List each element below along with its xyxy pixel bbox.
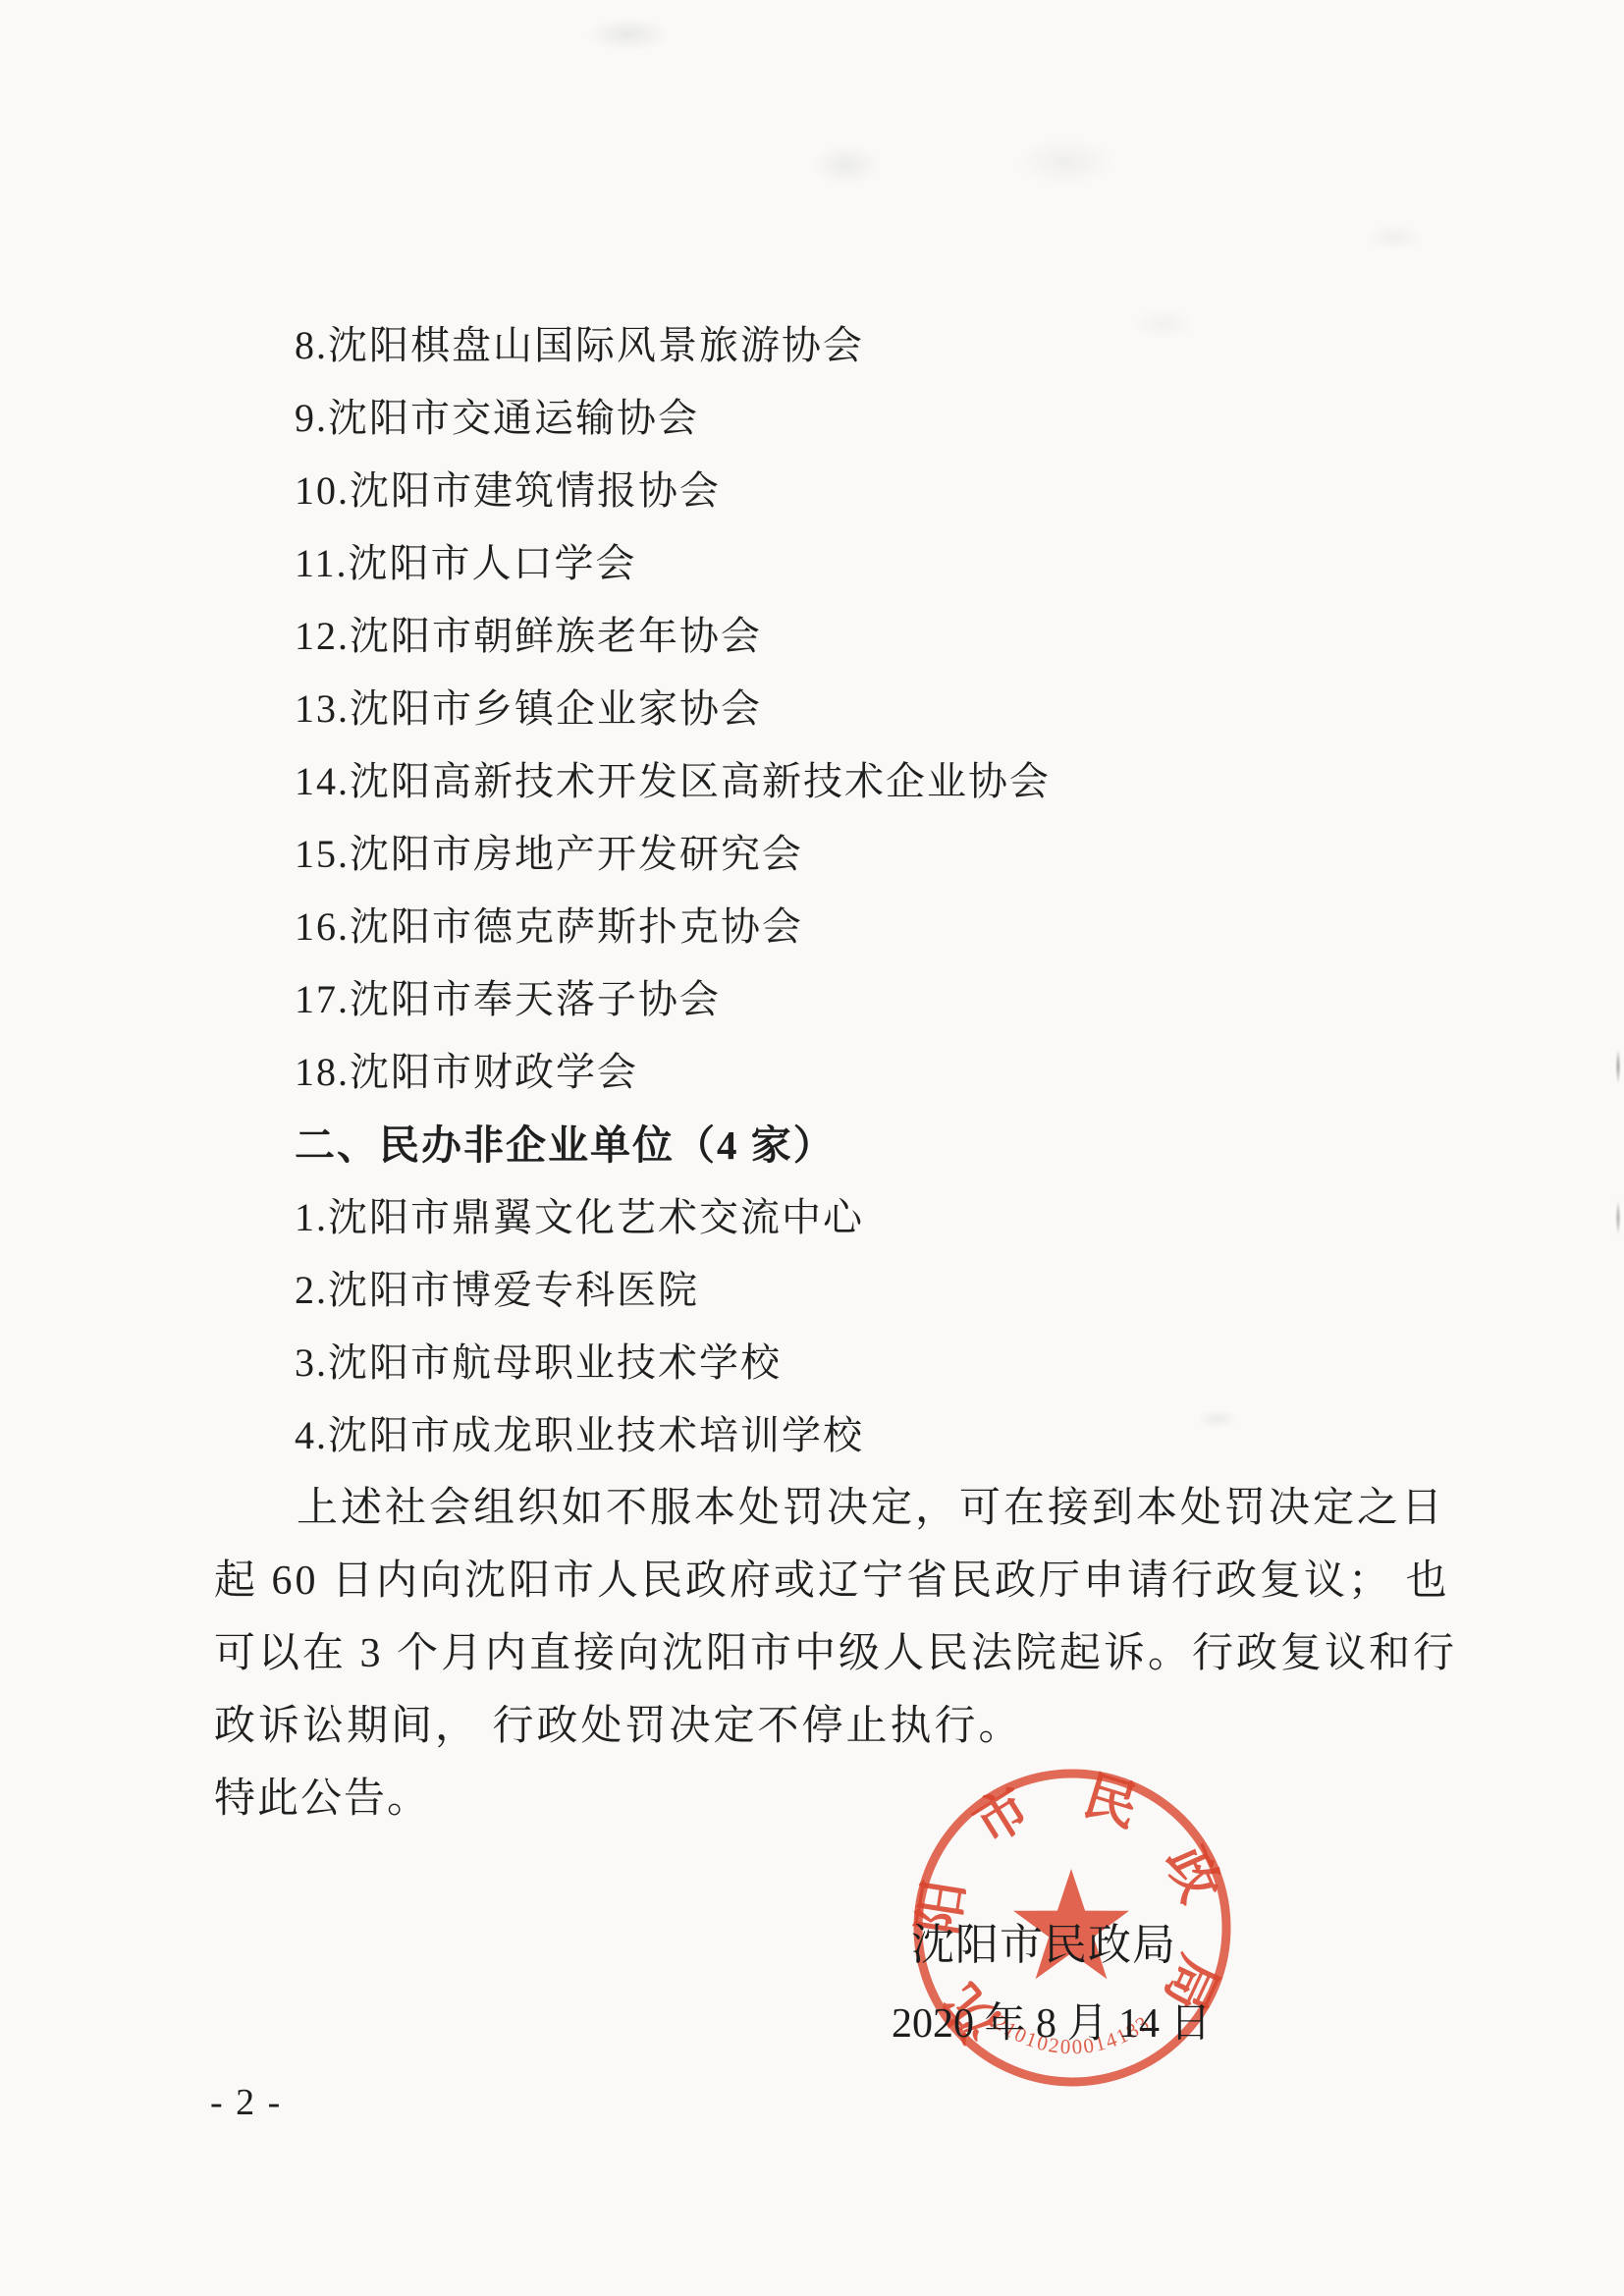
list-item: 11.沈阳市人口学会	[214, 527, 1500, 600]
list-item: 12.沈阳市朝鲜族老年协会	[214, 600, 1500, 673]
list-item: 13.沈阳市乡镇企业家协会	[214, 673, 1500, 745]
list-item: 17.沈阳市奉天落子协会	[214, 963, 1500, 1036]
document-body: 8.沈阳棋盘山国际风景旅游协会9.沈阳市交通运输协会10.沈阳市建筑情报协会11…	[214, 309, 1500, 1835]
closing-text: 特此公告。	[214, 1763, 1500, 1835]
section2-orgs-list: 1.沈阳市鼎翼文化艺术交流中心2.沈阳市博爱专科医院3.沈阳市航母职业技术学校4…	[214, 1181, 1500, 1472]
document-page: 8.沈阳棋盘山国际风景旅游协会9.沈阳市交通运输协会10.沈阳市建筑情报协会11…	[0, 0, 1624, 2296]
list-item: 4.沈阳市成龙职业技术培训学校	[214, 1399, 1500, 1472]
paragraph-line: 可以在 3 个月内直接向沈阳市中级人民法院起诉。行政复议和行	[214, 1617, 1500, 1690]
list-item: 1.沈阳市鼎翼文化艺术交流中心	[214, 1181, 1500, 1254]
appeal-paragraph: 上述社会组织如不服本处罚决定，可在接到本处罚决定之日起 60 日内向沈阳市人民政…	[214, 1472, 1500, 1763]
issue-date: 2020 年 8 月 14 日	[892, 2003, 1212, 2045]
seal-arc-character: 政	[1155, 1838, 1230, 1911]
list-item: 3.沈阳市航母职业技术学校	[214, 1327, 1500, 1399]
paragraph-line: 上述社会组织如不服本处罚决定，可在接到本处罚决定之日	[214, 1472, 1500, 1545]
paragraph-line: 起 60 日内向沈阳市人民政府或辽宁省民政厅申请行政复议； 也	[214, 1545, 1500, 1617]
issuer-name: 沈阳市民政局	[911, 1924, 1176, 1967]
sanctioned-orgs-list: 8.沈阳棋盘山国际风景旅游协会9.沈阳市交通运输协会10.沈阳市建筑情报协会11…	[214, 309, 1500, 1109]
list-item: 8.沈阳棋盘山国际风景旅游协会	[214, 309, 1500, 382]
page-number: - 2 -	[210, 2084, 282, 2121]
list-item: 14.沈阳高新技术开发区高新技术企业协会	[214, 745, 1500, 818]
list-item: 18.沈阳市财政学会	[214, 1036, 1500, 1109]
list-item: 9.沈阳市交通运输协会	[214, 382, 1500, 455]
list-item: 15.沈阳市房地产开发研究会	[214, 818, 1500, 891]
list-item: 16.沈阳市德克萨斯扑克协会	[214, 891, 1500, 963]
list-item: 2.沈阳市博爱专科医院	[214, 1254, 1500, 1327]
list-item: 10.沈阳市建筑情报协会	[214, 455, 1500, 527]
section2-heading: 二、民办非企业单位（4 家）	[214, 1109, 1500, 1181]
paragraph-line: 政诉讼期间， 行政处罚决定不停止执行。	[214, 1690, 1500, 1763]
